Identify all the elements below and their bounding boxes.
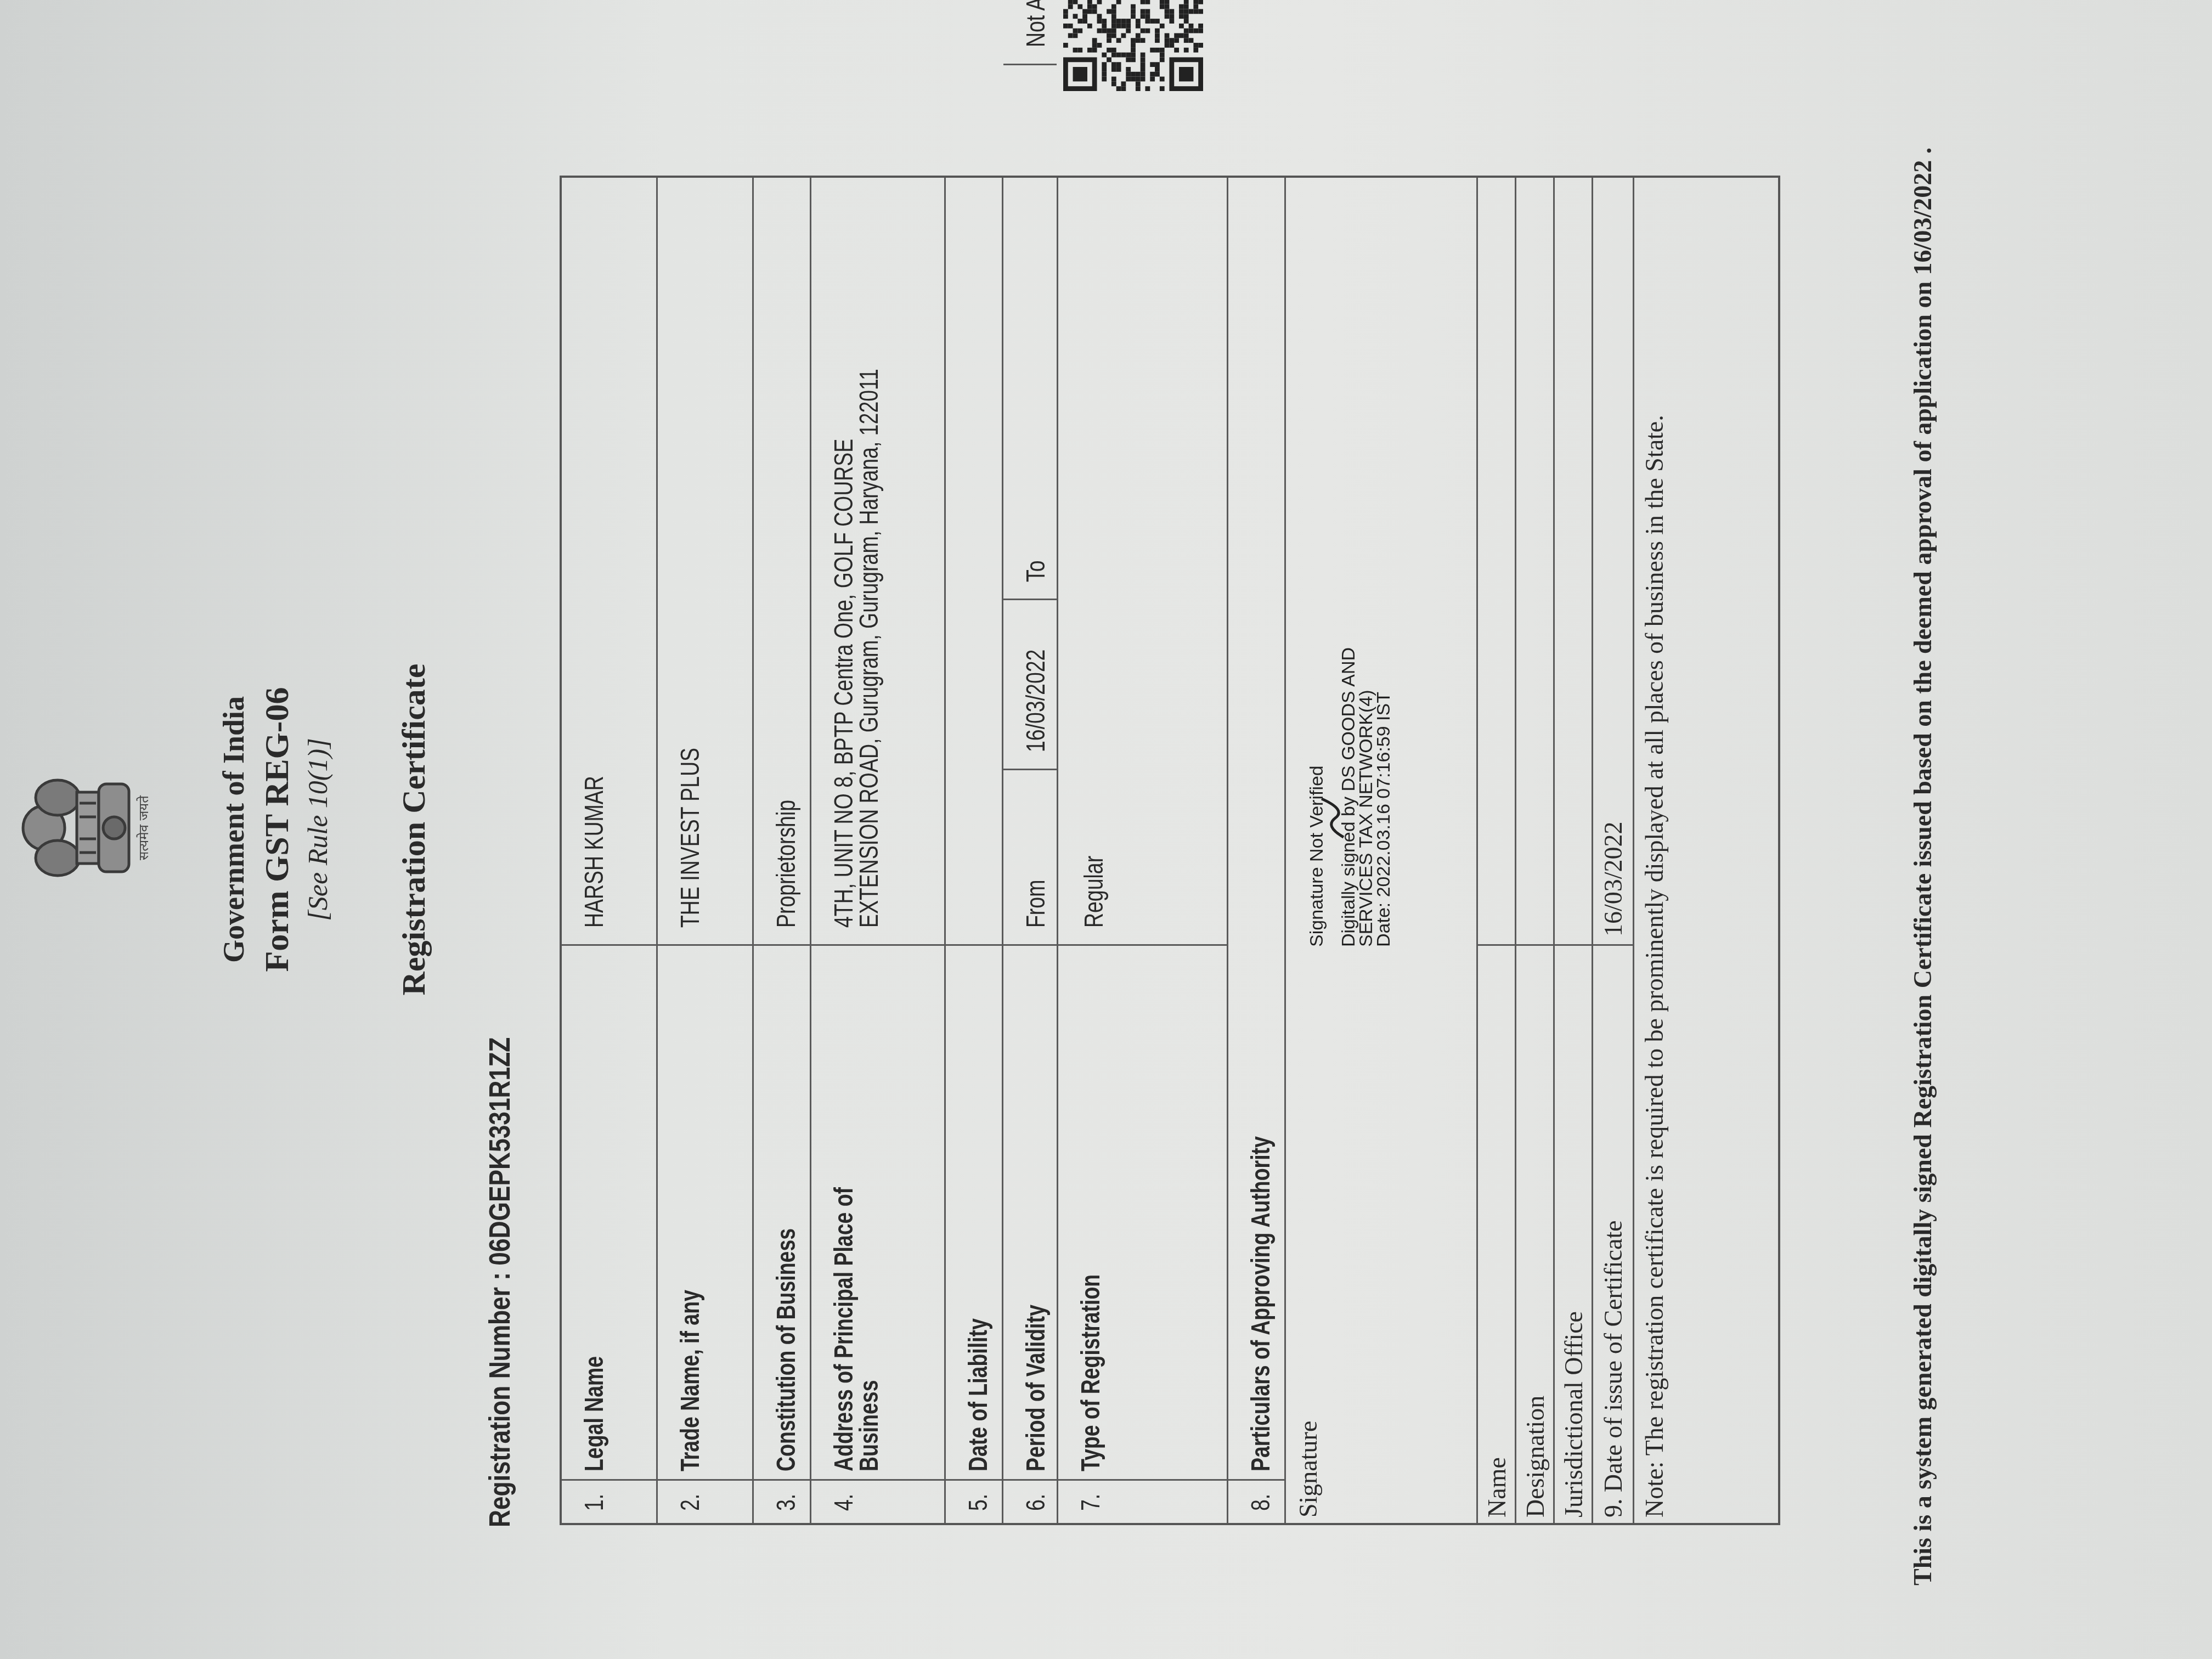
address-line-2: EXTENSION ROAD, Gurugram, Gurugram, Hary… — [855, 369, 884, 928]
row-number: 5. — [964, 1494, 993, 1511]
table-row-date-of-liability: 5. Date of Liability — [946, 178, 1003, 1523]
row-number: 6. — [1022, 1494, 1051, 1511]
signature-label: Signature — [1294, 1421, 1323, 1517]
registration-certificate-page: सत्यमेव जयते Government of India Form GS… — [0, 0, 2212, 1659]
national-emblem-icon — [11, 765, 148, 891]
certificate-table: 1. Legal Name HARSH KUMAR 2. Trade Name,… — [560, 176, 1780, 1525]
authority-name-row: Name — [1478, 178, 1516, 1523]
row-number: 4. — [830, 1494, 859, 1511]
row-number: 7. — [1077, 1494, 1105, 1511]
note-row: Note: The registration certificate is re… — [1634, 178, 1675, 1523]
jurisdictional-office-row: Jurisdictional Office — [1555, 178, 1593, 1523]
table-row-period-of-validity: 6. Period of Validity From 16/03/2022 To… — [1003, 178, 1058, 1523]
row-label: Period of Validity — [1022, 1305, 1051, 1471]
emblem-motto: सत्यमेव जयते — [134, 765, 153, 891]
digital-signature-stamp: Signature Not Verified Digitally signed … — [1308, 647, 1392, 947]
registration-number-value: 06DGEPK5331R1ZZ — [483, 1037, 516, 1266]
table-row-type-of-registration: 7. Type of Registration Regular — [1058, 178, 1228, 1523]
table-row-address: 4. Address of Principal Place of Busines… — [811, 178, 946, 1523]
table-row-trade-name: 2. Trade Name, if any THE INVEST PLUS — [658, 178, 754, 1523]
row-label: Particulars of Approving Authority — [1247, 1136, 1276, 1471]
row-label: Constitution of Business — [772, 1228, 801, 1471]
table-row-constitution: 3. Constitution of Business Proprietorsh… — [754, 178, 811, 1523]
registration-number-label: Registration Number : — [483, 1272, 516, 1527]
issue-date-value: 16/03/2022 — [1599, 821, 1628, 936]
validity-from-label: From — [1022, 880, 1051, 928]
row-label: Trade Name, if any — [676, 1290, 705, 1471]
authority-designation-label: Designation — [1521, 1396, 1550, 1517]
issue-date-label: 9. Date of issue of Certificate — [1599, 1220, 1628, 1517]
authority-name-label: Name — [1482, 1457, 1511, 1517]
legal-name-value: HARSH KUMAR — [580, 776, 609, 928]
trade-name-value: THE INVEST PLUS — [676, 748, 705, 928]
system-generated-footer: This is a system generated digitally sig… — [1908, 137, 1937, 1585]
row-number: 3. — [772, 1494, 801, 1511]
row-label: Date of Liability — [964, 1318, 993, 1471]
rule-reference: [See Rule 10(1)] — [302, 0, 334, 1659]
qr-code-icon — [1063, 0, 1203, 91]
registration-number: Registration Number : 06DGEPK5331R1ZZ — [483, 1037, 517, 1527]
row-number: 8. — [1247, 1494, 1276, 1511]
validity-from-value: 16/03/2022 — [1022, 650, 1051, 752]
authority-designation-row: Designation — [1516, 178, 1555, 1523]
photo-background: सत्यमेव जयते Government of India Form GS… — [0, 0, 2212, 1659]
validity-to-label: To — [1022, 560, 1051, 582]
row-number: 1. — [580, 1494, 609, 1511]
display-note: Note: The registration certificate is re… — [1640, 415, 1669, 1517]
government-heading: Government of India — [217, 0, 251, 1659]
signature-row: Signature Signature Not Verified Digital… — [1286, 178, 1478, 1523]
table-row-approving-authority: 8. Particulars of Approving Authority — [1228, 178, 1286, 1523]
issue-date-row: 9. Date of issue of Certificate 16/03/20… — [1593, 178, 1634, 1523]
page-title: Registration Certificate — [395, 0, 433, 1659]
constitution-value: Proprietorship — [772, 800, 801, 928]
row-label: Legal Name — [580, 1356, 609, 1471]
registration-type-value: Regular — [1080, 856, 1109, 928]
row-label-continued: Business — [855, 1380, 884, 1471]
row-label: Type of Registration — [1077, 1274, 1105, 1471]
validity-to-value: Not Applicable — [1022, 0, 1051, 47]
table-row-legal-name: 1. Legal Name HARSH KUMAR — [562, 178, 658, 1523]
signature-check-icon — [1313, 793, 1363, 843]
signature-date: Date: 2022.03.16 07:16:59 IST — [1375, 647, 1392, 947]
row-number: 2. — [676, 1494, 705, 1511]
jurisdictional-office-label: Jurisdictional Office — [1559, 1311, 1588, 1517]
form-heading: Form GST REG-06 — [258, 0, 297, 1659]
